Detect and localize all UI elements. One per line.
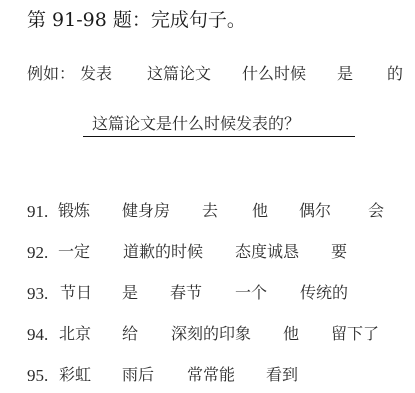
question-number: 93. (27, 285, 48, 302)
word: 锻炼 (58, 203, 90, 219)
example-word: 是 (337, 66, 353, 82)
example-label: 例如： (27, 66, 75, 82)
word: 留下了 (331, 326, 379, 342)
word: 会 (368, 203, 384, 219)
question-number: 92. (27, 244, 48, 261)
word: 态度诚恳 (235, 244, 299, 260)
example-answer: 这篇论文是什么时候发表的？ (92, 116, 300, 132)
word: 给 (122, 326, 138, 342)
word: 一个 (235, 285, 267, 301)
word: 他 (283, 326, 299, 342)
example-word: 这篇论文 (147, 66, 211, 82)
word: 要 (331, 244, 347, 260)
word: 春节 (170, 285, 202, 301)
word: 他 (252, 203, 268, 219)
word: 节日 (60, 285, 92, 301)
word: 北京 (59, 326, 91, 342)
word: 健身房 (122, 203, 170, 219)
example-word: 什么时候 (242, 66, 306, 82)
section-title: 第 91-98 题：完成句子。 (27, 11, 246, 30)
word: 道歉的时候 (123, 244, 203, 260)
question-number: 91. (27, 203, 48, 220)
answer-underline (83, 136, 355, 137)
word: 一定 (58, 244, 90, 260)
word: 雨后 (122, 367, 154, 383)
word: 深刻的印象 (171, 326, 251, 342)
word: 是 (122, 285, 138, 301)
word: 偶尔 (299, 203, 331, 219)
word: 去 (202, 203, 218, 219)
word: 传统的 (300, 285, 348, 301)
example-word: 的 (387, 66, 403, 82)
word: 常常能 (187, 367, 235, 383)
example-word: 发表 (80, 66, 112, 82)
question-number: 95. (27, 367, 48, 384)
word: 看到 (266, 367, 298, 383)
question-number: 94. (27, 326, 48, 343)
word: 彩虹 (59, 367, 91, 383)
